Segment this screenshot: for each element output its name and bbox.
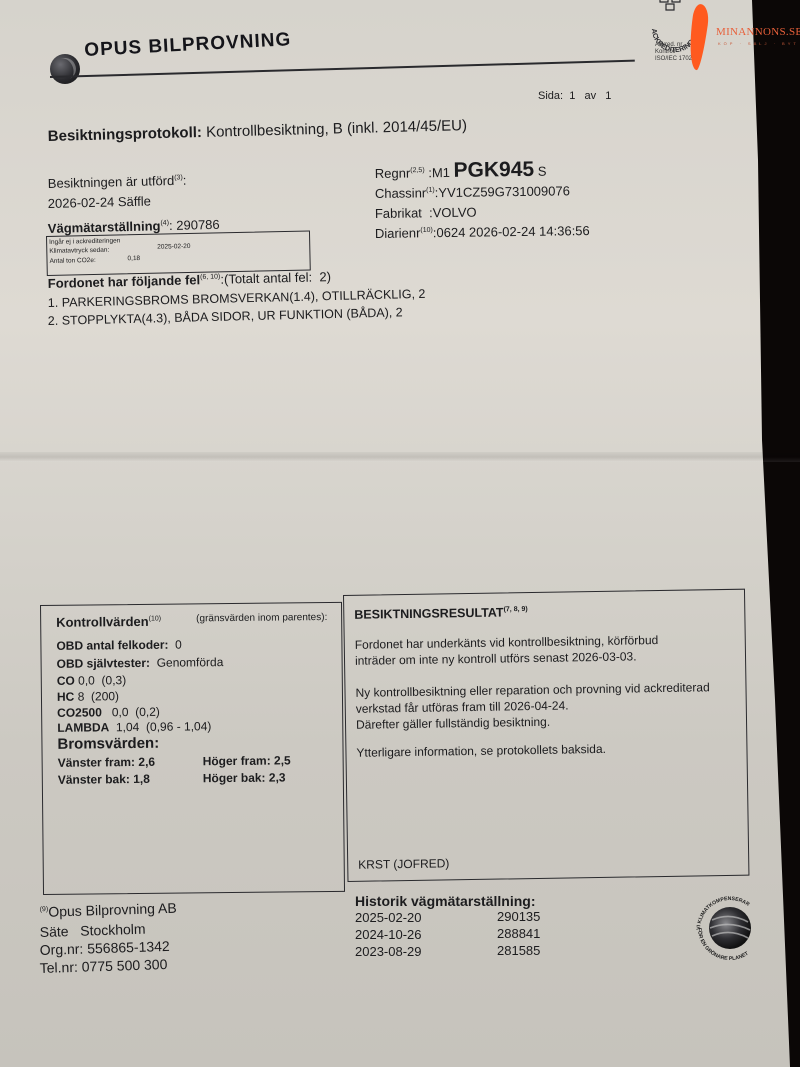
protocol-title-value: Kontrollbesiktning, B (inkl. 2014/45/EU) xyxy=(206,117,467,141)
page-indicator: Sida: 1 av 1 xyxy=(538,90,611,102)
climate-compensation-seal-icon: VI KLIMATKOMPENSERAR FÖR EN GRÖNARE PLAN… xyxy=(690,888,770,968)
hc-value: 8 (200) xyxy=(78,689,120,703)
obd-selftest-row: OBD självtester: Genomförda xyxy=(57,655,224,671)
history-date: 2023-08-29 xyxy=(355,944,422,959)
footnote-ref: (1) xyxy=(426,187,435,194)
make-value: :VOLVO xyxy=(429,205,477,221)
brake-value: 1,8 xyxy=(133,772,150,786)
result-line: inträder om inte ny kontroll utförs sena… xyxy=(355,649,637,667)
protocol-title-label: Besiktningsprotokoll: xyxy=(48,124,203,145)
co-value: 0,0 (0,3) xyxy=(78,673,126,688)
page-separator: av xyxy=(585,90,597,102)
footnote-ref: (2,5) xyxy=(410,167,425,174)
obd-selftest-label: OBD självtester: xyxy=(57,656,151,671)
inspector-signature: KRST (JOFRED) xyxy=(358,856,449,871)
registration-number: PGK945 xyxy=(453,158,534,182)
result-line: Ny kontrollbesiktning eller reparation o… xyxy=(355,680,709,700)
page-label: Sida: xyxy=(538,90,563,102)
diary-value: :0624 2026-02-24 14:36:56 xyxy=(433,223,590,240)
fault-item: 2. STOPPLYKTA(4.3), BÅDA SIDOR, UR FUNKT… xyxy=(48,305,403,328)
climate-footprint-box: Ingår ej i ackrediteringen Klimatavtryck… xyxy=(46,230,311,276)
company-phone: Tel.nr: 0775 500 300 xyxy=(39,956,167,976)
regnr-label: Regnr xyxy=(375,166,411,181)
chassis-row: Chassinr(1):YV1CZ59G731009076 xyxy=(375,183,570,201)
header-divider xyxy=(50,60,635,78)
tel-value: 0775 500 300 xyxy=(81,956,167,975)
history-value: 288841 xyxy=(497,926,540,941)
watermark-subtext: KÖP · SÄLJ · BYT xyxy=(718,41,799,46)
co2500-row: CO2500 0,0 (0,2) xyxy=(57,705,160,720)
protocol-title: Besiktningsprotokoll: Kontrollbesiktning… xyxy=(48,117,468,145)
footnote-ref: (3) xyxy=(174,174,183,181)
stamp-line: ISO/IEC 17020 xyxy=(655,56,695,63)
page-total: 1 xyxy=(605,90,611,102)
company-name-text: Opus Bilprovning AB xyxy=(48,900,177,920)
obd-faults-label: OBD antal felkoder: xyxy=(56,638,168,653)
chassis-value: :YV1CZ59G731009076 xyxy=(435,183,570,200)
org-value: 556865-1342 xyxy=(87,938,170,957)
climate-since-label: Klimatavtryck sedan: xyxy=(49,247,109,256)
faults-total-value: 2) xyxy=(319,269,331,284)
result-line: Ytterligare information, se protokollets… xyxy=(356,742,606,760)
footnote-ref: (9) xyxy=(40,906,49,913)
hc-row: HC 8 (200) xyxy=(57,689,119,704)
inspection-result-box: BESIKTNINGSRESULTAT(7, 8, 9) Fordonet ha… xyxy=(343,589,749,882)
odometer-value: 290786 xyxy=(176,217,220,233)
history-date: 2025-02-20 xyxy=(355,910,422,925)
footnote-ref: (10) xyxy=(149,615,162,622)
hc-label: HC xyxy=(57,690,74,704)
page-current: 1 xyxy=(569,90,575,102)
co2-label: Antal ton CO2e: xyxy=(49,257,95,266)
performed-label-text: Besiktningen är utförd xyxy=(48,173,175,191)
brake-label: Höger fram: xyxy=(203,754,271,769)
co-label: CO xyxy=(57,674,75,688)
obd-selftest-value: Genomförda xyxy=(157,655,224,670)
brake-value: 2,6 xyxy=(138,755,155,769)
make-label: Fabrikat xyxy=(375,205,422,221)
inspection-protocol-document: OPUS BILPROVNING ACKREDITERING Ackred. n… xyxy=(0,0,800,1067)
seat-label: Säte xyxy=(39,923,68,940)
control-values-heading: Kontrollvärden(10) xyxy=(56,614,161,630)
history-date: 2024-10-26 xyxy=(355,927,422,942)
brake-label: Höger bak: xyxy=(203,771,266,786)
diary-label: Diarienr xyxy=(375,225,421,241)
climate-since-value: 2025-02-20 xyxy=(157,243,190,252)
co-row: CO 0,0 (0,3) xyxy=(57,673,127,688)
lambda-label: LAMBDA xyxy=(57,720,109,735)
obd-faults-row: OBD antal felkoder: 0 xyxy=(56,638,182,653)
footnote-ref: (4) xyxy=(160,220,169,227)
regnr-row: Regnr(2,5) :M1 PGK945 S xyxy=(375,158,547,184)
performed-label: Besiktningen är utförd(3): xyxy=(48,173,187,191)
tel-label: Tel.nr: xyxy=(39,959,78,976)
company-seat: Säte Stockholm xyxy=(39,921,145,940)
org-label: Org.nr: xyxy=(39,941,83,958)
regnr-suffix: S xyxy=(538,164,547,179)
history-value: 290135 xyxy=(497,909,540,924)
footnote-ref: (6, 10) xyxy=(200,273,220,280)
lambda-value: 1,04 (0,96 - 1,04) xyxy=(116,719,212,734)
brake-value: 2,5 xyxy=(274,753,291,767)
chassis-label: Chassinr xyxy=(375,185,427,201)
brake-left-rear: Vänster bak: 1,8 xyxy=(58,772,150,787)
obd-faults-value: 0 xyxy=(175,638,182,652)
make-row: Fabrikat :VOLVO xyxy=(375,205,477,221)
odometer-history-heading: Historik vägmätarställning: xyxy=(355,893,536,909)
seat-value: Stockholm xyxy=(80,921,146,939)
brake-label: Vänster bak: xyxy=(58,772,130,787)
brake-left-front: Vänster fram: 2,6 xyxy=(58,755,156,770)
co2500-value: 0,0 (0,2) xyxy=(112,705,160,720)
company-org-number: Org.nr: 556865-1342 xyxy=(39,938,169,958)
brake-right-front: Höger fram: 2,5 xyxy=(203,753,291,768)
brake-value: 2,3 xyxy=(269,770,286,784)
control-values-box: Kontrollvärden(10) (gränsvärden inom par… xyxy=(40,602,345,895)
co2500-label: CO2500 xyxy=(57,705,102,719)
faults-title: Fordonet har följande fel xyxy=(48,272,201,291)
history-value: 281585 xyxy=(497,943,540,958)
company-name: (9)Opus Bilprovning AB xyxy=(39,900,176,920)
result-heading: BESIKTNINGSRESULTAT(7, 8, 9) xyxy=(354,605,528,622)
stamp-line: Ackred. nr xyxy=(655,42,695,49)
brake-right-rear: Höger bak: 2,3 xyxy=(203,770,286,785)
performed-value: 2026-02-24 Säffle xyxy=(48,193,151,211)
vehicle-class: :M1 xyxy=(428,165,450,180)
climate-note: Ingår ej i ackrediteringen xyxy=(49,237,120,246)
brand-name: OPUS BILPROVNING xyxy=(84,29,292,62)
limits-note: (gränsvärden inom parentes): xyxy=(196,612,327,624)
footnote-ref: (10) xyxy=(420,227,433,234)
opus-logo-icon xyxy=(50,54,80,84)
brake-values-heading: Bromsvärden: xyxy=(57,735,159,753)
brake-label: Vänster fram: xyxy=(58,755,136,770)
control-values-title: Kontrollvärden xyxy=(56,614,149,630)
result-title: BESIKTNINGSRESULTAT xyxy=(354,605,504,621)
stamp-line: Kontroll xyxy=(655,49,695,56)
watermark: MINANNONS.SE xyxy=(716,26,800,38)
result-line: verkstad får utföras fram till 2026-04-2… xyxy=(356,698,569,715)
footnote-ref: (7, 8, 9) xyxy=(504,606,528,613)
faults-total-label: :(Totalt antal fel: xyxy=(220,270,312,287)
lambda-row: LAMBDA 1,04 (0,96 - 1,04) xyxy=(57,719,211,735)
accreditation-stamp-text: Ackred. nr Kontroll ISO/IEC 17020 xyxy=(655,42,695,63)
diary-row: Diarienr(10):0624 2026-02-24 14:36:56 xyxy=(375,223,590,241)
result-line: Därefter gäller fullständig besiktning. xyxy=(356,715,550,732)
co2-value: 0,18 xyxy=(127,255,140,263)
